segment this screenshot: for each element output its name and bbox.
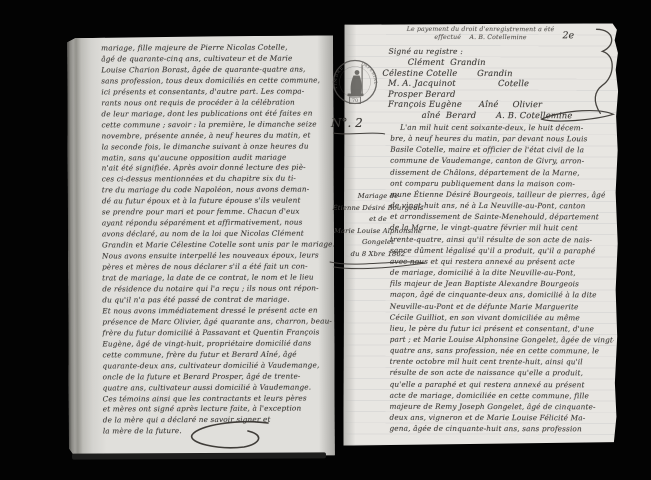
under-page-edge — [72, 452, 326, 459]
signature-list: Clément Grandin Célestine Cotelle Grandi… — [382, 57, 612, 121]
margin-note: Mariage de Étienne Désiré Bourgeois et d… — [326, 191, 430, 260]
stamp-figure — [348, 65, 364, 96]
imperial-stamp-icon: TIMBRE IMPERIAL 70 — [331, 56, 379, 110]
act-number-underline-icon — [331, 129, 387, 137]
stamp-denomination: 70 — [352, 98, 358, 104]
scan-root: { "palette": { "background": "#030303", … — [0, 0, 651, 480]
act-number-block: N°. 2 — [331, 116, 391, 137]
act-number: N°. 2 — [331, 116, 363, 130]
registration-note: Le payement du droit d'enregistrement a … — [381, 26, 581, 43]
right-page-text: L'an mil huit cent soixante-deux, le hui… — [389, 122, 614, 441]
page-number: 2e — [563, 30, 575, 41]
left-page-sheet: mariage, fille majeure de Pierre Nicolas… — [67, 35, 335, 456]
stamp-arc-right-label: IMPERIAL — [361, 61, 379, 85]
signed-heading: Signé au registre : — [388, 47, 462, 56]
left-page-text: mariage, fille majeure de Pierre Nicolas… — [101, 42, 335, 447]
svg-text:IMPERIAL: IMPERIAL — [361, 61, 379, 85]
